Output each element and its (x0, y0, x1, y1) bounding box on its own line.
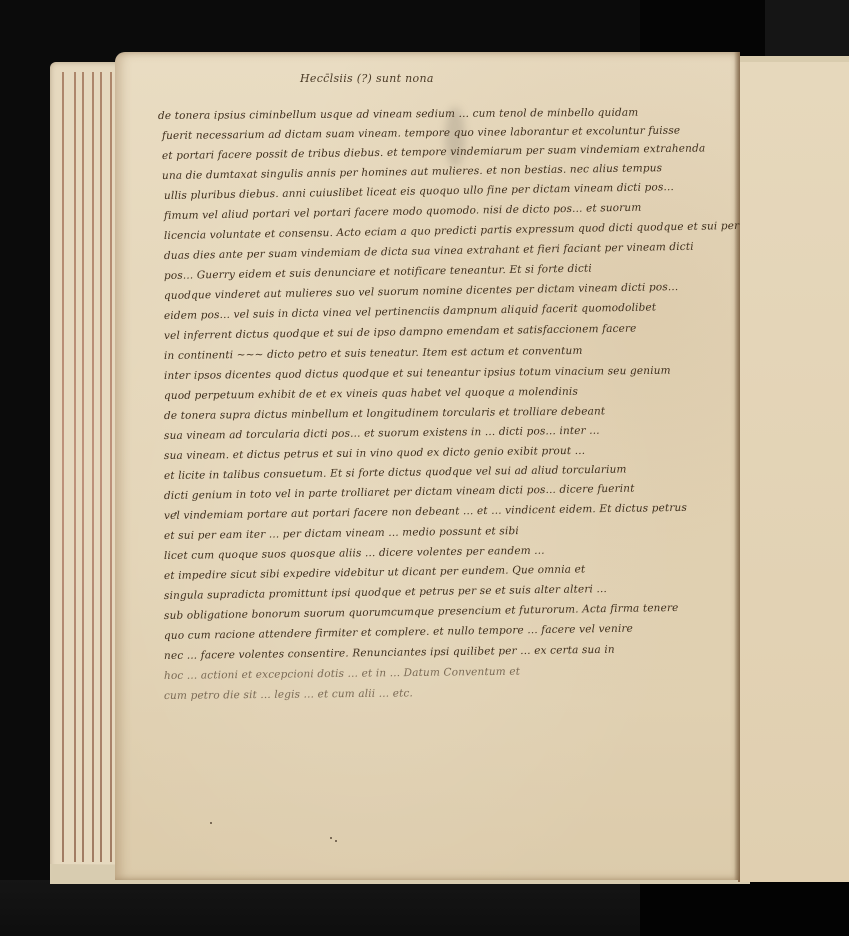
text-line: duas dies ante per suam vindemiam de dic… (164, 241, 694, 262)
page-edge-line (82, 72, 84, 862)
facing-page (738, 62, 849, 882)
text-line: vel inferrent dictus quodque et sui de i… (164, 323, 637, 342)
parchment-speck (175, 512, 177, 514)
text-line: de tonera ipsius ciminbellum usque ad vi… (158, 107, 638, 122)
text-line: quodque vinderet aut mulieres suo vel su… (164, 281, 678, 302)
text-line: et sui per eam iter ... per dictam vinea… (164, 525, 519, 542)
manuscript-page: Ηecc̄lsiis (?) sunt nona de tonera ipsiu… (115, 52, 740, 880)
text-line: et portari facere possit de tribus diebu… (162, 142, 705, 162)
page-edge-line (100, 72, 102, 862)
text-line: una die dumtaxat singulis annis per homi… (162, 162, 662, 182)
text-line: hoc ... actioni et excepcioni dotis ... … (164, 666, 520, 682)
page-edge-line (62, 72, 64, 862)
text-line: licencia voluntate et consensu. Acto eci… (164, 220, 739, 242)
text-line: quod perpetuum exhibit de et ex vineis q… (164, 386, 578, 402)
text-line: vel vindemiam portare aut portari facere… (164, 502, 687, 522)
text-line: fimum vel aliud portari vel portari face… (164, 202, 642, 222)
text-line: nec ... facere volentes consentire. Renu… (164, 644, 615, 662)
page-edge-line (92, 72, 94, 862)
parchment-speck (330, 837, 332, 839)
text-line: dicti genium in toto vel in parte trolli… (164, 483, 635, 502)
text-line: cum petro die sit ... legis ... et cum a… (164, 687, 413, 702)
text-line: singula supradicta promittunt ipsi quodq… (164, 583, 607, 602)
text-line: eidem pos... vel suis in dicta vinea vel… (164, 301, 656, 322)
text-line: sub obligatione bonorum suorum quorumcum… (164, 602, 679, 622)
text-line: de tonera supra dictus minbellum et long… (164, 405, 605, 422)
page-edge-line (110, 72, 112, 862)
text-line: inter ipsos dicentes quod dictus quodque… (164, 365, 671, 382)
text-line: et impedire sicut sibi expedire videbitu… (164, 563, 585, 582)
text-line: quo cum racione attendere firmiter et co… (164, 623, 633, 642)
parchment-speck (335, 840, 337, 842)
book-cradle-shadow (640, 880, 849, 936)
text-line: ullis pluribus diebus. anni cuiuslibet l… (164, 181, 674, 202)
running-head: Ηecc̄lsiis (?) sunt nona (300, 72, 434, 85)
page-edge-line (74, 72, 76, 862)
text-line: fuerit necessarium ad dictam suam vineam… (162, 125, 680, 142)
text-line: et licite in talibus consuetum. Et si fo… (164, 464, 627, 482)
parchment-speck (210, 822, 212, 824)
page-gutter-shadow (734, 52, 740, 880)
text-line: licet cum quoque suos quosque aliis ... … (164, 545, 545, 562)
text-line: in continenti ~~~ dicto petro et suis te… (164, 345, 583, 362)
text-line: pos... Guerry eidem et suis denunciare e… (164, 263, 592, 282)
text-line: sua vineam. et dictus petrus et sui in v… (164, 445, 585, 462)
text-line: sua vineam ad torcularia dicti pos... et… (164, 425, 600, 442)
